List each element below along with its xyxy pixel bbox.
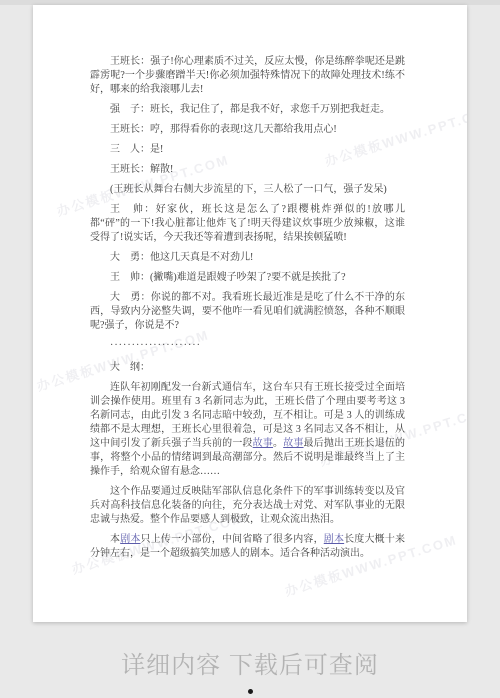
dialog-line-dayong-1: 大 勇：他这几天真是不对劲儿! [90, 251, 405, 265]
note-paragraph: 本剧本只上传一小部份，中间省略了很多内容，剧本长度大概十来分钟左右，是一个超级搞… [90, 533, 405, 561]
story-link-1[interactable]: 故事 [253, 438, 273, 449]
outline-text-2: 。 [273, 438, 283, 449]
script-link-2[interactable]: 剧本 [324, 534, 344, 545]
dialog-line-qiangzi: 强 子：班长，我记住了，都是我不好，求您千万别把我赶走。 [90, 103, 405, 117]
download-hint-text: 详细内容 下载后可查阅 [0, 645, 500, 680]
script-link-1[interactable]: 剧本 [120, 534, 140, 545]
dots-separator: ····················· [90, 339, 405, 353]
script-text-body: 王班长：强子!你心理素质不过关，反应太慢，你是练醉拳呢还是跳霹雳呢?一个步骤磨蹭… [90, 55, 405, 567]
preview-footer: 详细内容 下载后可查阅 [0, 622, 500, 698]
note-text-1: 本 [110, 534, 120, 545]
story-link-2[interactable]: 故事 [283, 438, 303, 449]
dialog-line-wangshuai-2: 王 帅：(撇嘴)难道是跟嫂子吵架了?要不就是挨批了? [90, 271, 405, 285]
note-text-2: 只上传一小部份，中间省略了很多内容， [141, 534, 324, 545]
stage-direction: (王班长从舞台右侧大步流星的下，三人松了一口气，强子发呆) [90, 183, 405, 197]
dialog-line-wangshuai-1: 王 帅：好家伙，班长这是怎么了?跟樱桃炸弹似的!放哪儿都“砰”的一下!我心脏都让… [90, 203, 405, 245]
theme-paragraph: 这个作品要通过反映陆军部队信息化条件下的军事训练转变以及官兵对高科技信息化装备的… [90, 485, 405, 527]
dialog-line-sanren: 三 人：是! [90, 143, 405, 157]
document-page: 办公模板WWW.PPT.COM 办公模板WWW.PPT.COM 办公模板WWW.… [33, 5, 467, 622]
outline-paragraph: 连队年初刚配发一台新式通信车，这台车只有王班长接受过全面培训会操作使用。班里有 … [90, 381, 405, 479]
outline-heading: 大 纲： [90, 361, 405, 375]
dialog-line-wangbanzhang-1: 王班长：强子!你心理素质不过关，反应太慢，你是练醉拳呢还是跳霹雳呢?一个步骤磨蹭… [90, 55, 405, 97]
dialog-line-wangbanzhang-3: 王班长：解散! [90, 163, 405, 177]
dialog-line-dayong-2: 大 勇：你说的都不对。我看班长最近准是是吃了什么不干净的东西，导致内分泌整失调，… [90, 291, 405, 333]
page-indicator-dot[interactable] [248, 689, 253, 694]
dialog-line-wangbanzhang-2: 王班长：哼，那得看你的表现!这几天都给我用点心! [90, 123, 405, 137]
